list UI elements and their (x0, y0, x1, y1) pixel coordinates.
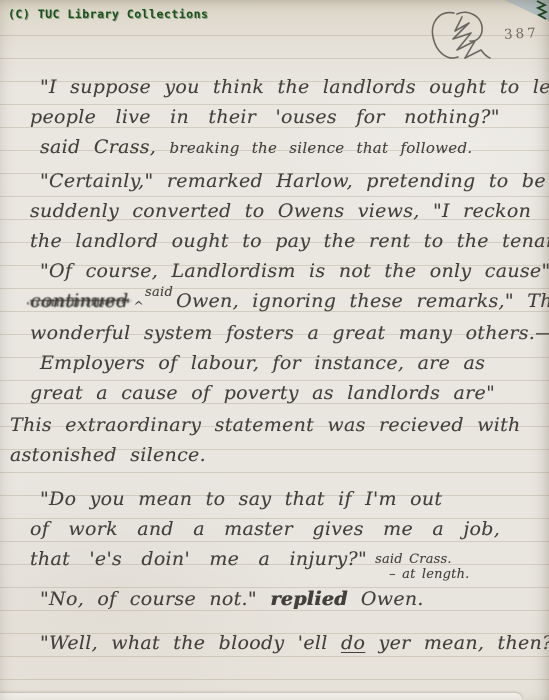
monogram-scribble-icon (424, 6, 496, 68)
aside-line: said Crass. (375, 552, 452, 567)
manuscript-line: "Certainly," remarked Harlow, pretending… (30, 166, 549, 196)
aside-line: – at length. (375, 567, 469, 582)
manuscript-line-with-correction: continued^saidOwen, ignoring these remar… (30, 286, 549, 318)
manuscript-line: people live in their 'ouses for nothing?… (30, 102, 549, 132)
copyright-watermark: (C) TUC Library Collections (8, 7, 208, 21)
paragraph-6: "No, of course not." replied Owen. (30, 584, 424, 614)
page-bottom-edge (0, 693, 522, 700)
underlined-word: do (341, 632, 365, 654)
paragraph-2: "Certainly," remarked Harlow, pretending… (30, 166, 549, 256)
manuscript-line: Employers of labour, for instance, are a… (30, 348, 549, 378)
paragraph-1: "I suppose you think the landlords ought… (30, 72, 549, 163)
manuscript-line-fragment: breaking the silence that followed. (170, 139, 473, 157)
manuscript-line: said Crass, breaking the silence that fo… (30, 132, 549, 163)
speaker-attribution: said Crass.– at length. (375, 552, 469, 582)
page-number: 387 (504, 25, 540, 43)
manuscript-line: great a cause of poverty as landlords ar… (30, 378, 549, 408)
paragraph-3: "Of course, Landlordism is not the only … (30, 256, 549, 408)
manuscript-line-fragment: "No, of course not." (40, 588, 257, 610)
manuscript-line: This extraordinary statement was recieve… (10, 410, 521, 440)
paragraph-7: "Well, what the bloody 'ell do yer mean,… (30, 628, 549, 658)
manuscript-line: that 'e's doin' me a injury?"said Crass.… (30, 544, 500, 574)
manuscript-line: wonderful system fosters a great many ot… (30, 318, 549, 348)
speaker-attribution: said Crass, (40, 136, 156, 158)
manuscript-line: "I suppose you think the landlords ought… (30, 72, 549, 102)
manuscript-line-fragment: "Well, what the bloody 'ell (40, 632, 328, 654)
corner-scribble-icon (534, 0, 548, 20)
overwritten-word: replied (270, 588, 347, 610)
manuscript-line: "Do you mean to say that if I'm out (30, 484, 500, 514)
manuscript-line: of work and a master gives me a job, (30, 514, 500, 544)
manuscript-line-fragment: Owen. (361, 588, 424, 610)
manuscript-line: "Well, what the bloody 'ell do yer mean,… (30, 628, 549, 658)
struck-out-word: continued (30, 286, 129, 316)
manuscript-line-fragment: yer mean, then?" (379, 632, 549, 654)
manuscript-line: astonished silence. (10, 440, 521, 470)
manuscript-line: "No, of course not." replied Owen. (30, 584, 424, 614)
manuscript-line: "Of course, Landlordism is not the only … (30, 256, 549, 286)
paragraph-5: "Do you mean to say that if I'm out of w… (30, 484, 500, 574)
manuscript-line-fragment: Owen, ignoring these remarks," The (176, 290, 549, 312)
manuscript-line: suddenly converted to Owens views, "I re… (30, 196, 549, 226)
manuscript-line: the landlord ought to pay the rent to th… (30, 226, 549, 256)
paragraph-4: This extraordinary statement was recieve… (10, 410, 521, 470)
caret-insertion-mark: ^ (134, 299, 144, 313)
manuscript-line-fragment: that 'e's doin' me a injury?" (30, 548, 367, 570)
manuscript-page: (C) TUC Library Collections 387 "I suppo… (0, 0, 549, 700)
inserted-word: said (145, 286, 173, 299)
